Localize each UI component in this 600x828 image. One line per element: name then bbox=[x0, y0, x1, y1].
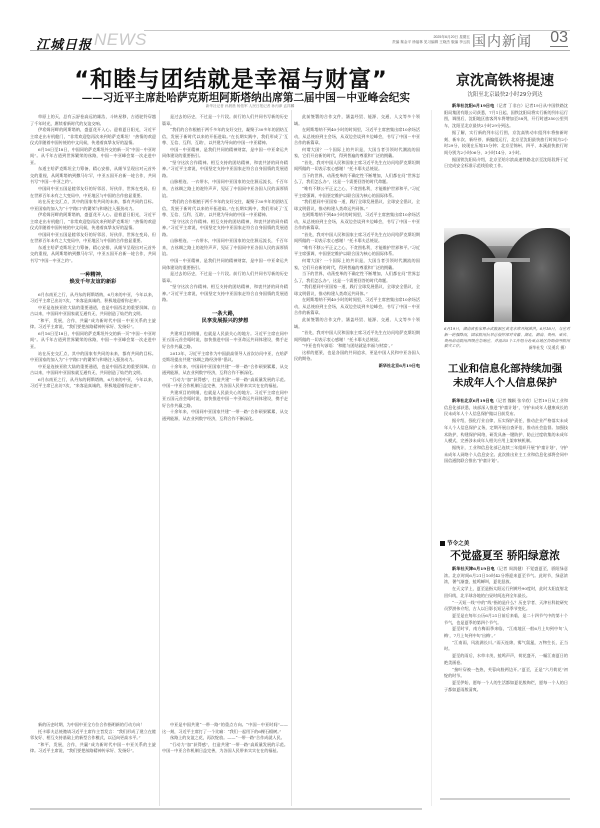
paragraph: “我们的合作根植于两千多年的友好交往，凝聚于30多年的团结互信，发展于新时代以来… bbox=[162, 127, 288, 147]
paragraph: 东道主哈萨克斯坦全力筹备，精心安排，从细节呈现出对元首外交的重视，从阿斯塔纳到撒… bbox=[30, 166, 156, 186]
side-story-1-body: 新华社沈阳6月19日电（记者 丁非白）记者19日从中国铁路沈阳局集团有限公司获悉… bbox=[444, 103, 568, 221]
bottom-rule bbox=[30, 808, 422, 810]
paragraph: 伊希姆河畔的阿斯塔纳，盛夏花开入心。迎着夏日阳光，习近平主席走出专机舱门，“非常… bbox=[30, 212, 156, 232]
dateline: 新华社沈阳6月19日电 bbox=[452, 103, 494, 108]
paragraph: 据国铁沈阳局介绍，北京至哈尔滨高速铁路北京至沈阳段将于近日完成安全标准示范线验收… bbox=[444, 157, 568, 170]
paragraph: “我们的合作根植于两千多年的友好交往，凝聚于30多年的团结互信，发展于新时代以来… bbox=[162, 199, 288, 219]
paragraph: “我们愿同中亚国家一道，践行全球发展倡议、全球安全倡议、全球文明倡议，推动构建人… bbox=[294, 284, 420, 297]
paragraph: 夏至伊始，愿每一个人的生活都如夏花般绚烂，愿每一个人的日子都如夏雨般清爽。 bbox=[444, 680, 568, 693]
editors-line: 责编 秦金平 徐福林 见习编辑 王晓杰 版编 李云凯 bbox=[392, 40, 470, 45]
edition-info: 2025年6月20日 星期五 责编 秦金平 徐福林 见习编辑 王晓杰 版编 李云… bbox=[392, 35, 470, 45]
title-line: 未成年人个人信息保护 bbox=[440, 376, 570, 390]
dateline: 新华社天津6月19日电 bbox=[452, 566, 495, 571]
column-divider bbox=[159, 110, 160, 806]
paragraph: 当下的世界，动荡变革的不确定性不断增加，人们都在问“世界怎么了，我们怎么办”，这… bbox=[294, 271, 420, 284]
reporters: （记者 丁非白） bbox=[494, 103, 525, 108]
paragraph: 在天文学上，夏至是指太阳运行到黄经90度时，此时太阳直射北回归线，北半球各地的白… bbox=[444, 586, 568, 599]
paragraph: 当下的世界，动荡变革的不确定性不断增加，人们都在问“世界怎么了，我们怎么办”，这… bbox=[294, 173, 420, 186]
section-subhead-1: 一种精神， 焕发千年友谊的新彩 bbox=[30, 272, 156, 287]
reporters: （记者 魏颖 张辛欣） bbox=[494, 398, 534, 403]
paragraph: “坚守这次合作精神。相互支持的团结精神，和衷共济的同舟精神。”习近平主席说，中国… bbox=[162, 160, 288, 180]
paragraph: 新的历史时期，为中国中亚全方位合作指明新的行动方向！ bbox=[30, 722, 156, 729]
reporters: （记者 周润健） bbox=[495, 566, 526, 571]
side-story-1-subtitle: 沈阳至北京最快2小时29分到达 bbox=[440, 90, 570, 98]
paragraph: “唯有不移公平正义之心，不贪图私利，才能维护世界和平。”习近平主席强调，中国坚定… bbox=[294, 245, 420, 258]
paragraph: 在阿斯塔纳不到40小时的时间里，习近平主席密集出席10余场活动，从总统府到主会场… bbox=[294, 127, 420, 147]
paragraph: 此前签署的合作文件，涵盖经贸、能源、交通、人文等多个领域。 bbox=[294, 114, 420, 127]
paragraph: “首先，我对中国人民和国家主席习近平先生在访问哈萨克斯坦期间所做的一切表示衷心感… bbox=[294, 232, 420, 245]
paragraph: “江南雨，风流满长川。”雨天连绵，雾气氤氲，万物生长，正当时。 bbox=[444, 640, 568, 653]
newspaper-logo: 江城日报 bbox=[36, 34, 92, 53]
paragraph: 中亚是连接亚欧大陆的重要通道，也是中国西北的重要屏障。自古以来，中国同中亚国家就… bbox=[30, 305, 156, 318]
paragraph: 十余年来，中国同中亚国家共建“一带一路”合作硕果累累，从交通到能源，从农业到数字… bbox=[162, 364, 288, 377]
paragraph: 6月东南亚之行，从丹东的阿斯塔纳，6月来的中亚，今年以来，习近平主席已出访7次，… bbox=[30, 292, 156, 305]
paragraph: 托卡耶夫总统邀请习近平主席作主旨发言：“我们形成了建立在睦邻友好、相互支持基础上… bbox=[30, 729, 156, 742]
lead-column-2: 是过去的历史，不过是一个片段。前行的人们共同书写新的历史篇章。 “我们的合作根植… bbox=[162, 114, 288, 718]
paragraph: “首先，我对中国人民和国家主席习近平先生在访问哈萨克斯坦期间所做的一切表示衷心感… bbox=[294, 330, 420, 343]
paragraph: “首先，我对中国人民和国家主席习近平先生在访问哈萨克斯坦期间所做的一切表示衷心感… bbox=[294, 160, 420, 173]
paragraph: 在阿斯塔纳不到40小时的时间里，习近平主席密集出席10余场活动，从总统府到主会场… bbox=[294, 297, 420, 317]
dateline: 新华社北京6月19日电 bbox=[452, 398, 494, 403]
paragraph: “我们愿同中亚国家一道，践行全球发展倡议、全球安全倡议、全球文明倡议，推动构建人… bbox=[294, 199, 420, 212]
paragraph: “一天短一线”中的“线”指的是什么？历史学者、天津社科院研究员罗澍伟介绍，古人以… bbox=[444, 600, 568, 613]
paragraph: 中亚是连接亚欧大陆的重要通道，也是中国西北的重要屏障。自古以来，中国同中亚国家就… bbox=[30, 364, 156, 377]
side-story-2-title: 工业和信息化部持续加强 未成年人个人信息保护 bbox=[440, 362, 570, 390]
paragraph: “接叶穿被一色热，芙蓉向脸两边开。”夏至，正是“六月荷花”初绽的时节。 bbox=[444, 667, 568, 680]
paragraph: 何谓大国？一个国际上的共识是，大国当者引领时代潮流的国家，它们开启新的时代，得到… bbox=[294, 147, 420, 160]
photo-credit: 新华社发（吴勇兵 摄） bbox=[444, 345, 568, 351]
paragraph: 2013年，习近平主席作为中国最高领导人首次访问中亚，在哈萨克斯坦提出共建“丝绸… bbox=[162, 351, 288, 364]
paragraph: 东道主哈萨克斯坦全力筹备，精心安排，从细节呈现出对元首外交的重视，从阿斯塔纳到撒… bbox=[30, 245, 156, 265]
lead-byline: 新华社记者 孙晨晨 杨依军 人民日报记者 孙丙津 孟祥麟 bbox=[150, 104, 350, 109]
paragraph: 丝路上的友谊之花，再次绽放。——“一带一路”合作成就人民。 bbox=[162, 735, 288, 742]
paragraph: 中国－中亚精神，是我们共同的精神财富，是中国－中亚命运共同体建设的重要指引。 bbox=[162, 258, 288, 271]
paragraph: 伊希姆河畔的阿斯塔纳，盛夏花开入心。迎着夏日阳光，习近平主席走出专机舱门，“非常… bbox=[30, 127, 156, 147]
lead-column-1: 草原上的天，总有云舒卷高远的雄浩，斗转星移，古道驼铃穿越了千年时光，赓续着新时代… bbox=[30, 114, 156, 718]
photo-waterfall bbox=[494, 262, 512, 322]
paragraph: 山脉相连、一衣带水，中国同中亚国家的交往源远流长，千百年来，古丝绸之路上的驼铃声… bbox=[162, 238, 288, 258]
square-bullet-icon bbox=[440, 541, 445, 546]
column-tag-label: 节令之美 bbox=[447, 541, 469, 547]
paragraph: 这样的愿景，也是各国的共同追求，更是中国人民和中亚各国人民的期待。 bbox=[294, 350, 420, 363]
paragraph: “和平，发展，合作，共赢”成为新时代中国－中亚关系的主旋律。习近平主席说，“我们… bbox=[30, 742, 156, 755]
paragraph: “坚守这次合作精神。相互支持的团结精神，和衷共济的同舟精神。”习近平主席说，中国… bbox=[162, 284, 288, 304]
paragraph: 草原上的天，总有云舒卷高远的雄浩，斗转星移，古道驼铃穿越了千年时光，赓续着新时代… bbox=[30, 114, 156, 127]
paragraph: 共建项目的明细，也就是人民最关心的地方。习近平主席在同中亚五国元首会晤时说，加快… bbox=[162, 390, 288, 410]
paragraph: 十余年来，中国同中亚国家共建“一带一路”合作硕果累累，从交通到能源，从农业到数字… bbox=[162, 409, 288, 422]
paragraph: 6月16日至18日，中国同哈萨克斯坦外交的新一页“中国－中亚时间”。从千年古道到… bbox=[30, 331, 156, 351]
paragraph: 中国同中亚五国是睦邻友好的好邻居、好伙伴，世界在变局，但在世界百年未有之大变局中… bbox=[30, 186, 156, 199]
paragraph: 中亚是中国共建“一带一路”的重点方向。“中国－中亚时间”——这一刻，习近平主席打… bbox=[162, 722, 288, 735]
paragraph: 中国同中亚五国是睦邻友好的好邻居、好伙伴，世界在变局，但在世界百年未有之大变局中… bbox=[30, 232, 156, 245]
paragraph: “和平，发展，合作，共赢”成为新时代中国－中亚关系的主旋律。习近平主席说，“我们… bbox=[30, 318, 156, 331]
title-line: 工业和信息化部持续加强 bbox=[440, 362, 570, 376]
side-story-1-title: 京沈高铁将提速 bbox=[440, 70, 570, 90]
paragraph: 站在历史交汇点，其中的国家有共同的未来，都有共同的目标。中亚国家的加入为“十字路… bbox=[30, 351, 156, 364]
paragraph: 何谓大国？一个国际上的共识是，大国当者引领时代潮流的国家，它们开启新的时代，得到… bbox=[294, 258, 420, 271]
paragraph: 山脉相连、一衣带水，中国同中亚国家的交往源远流长，千百年来，古丝绸之路上的驼铃声… bbox=[162, 179, 288, 199]
subhead-line: 一种精神， bbox=[30, 272, 156, 280]
paragraph: 据统计，工业和信息化部已连续三年组织开展“护童计划”，守护未成年人网络个人信息安… bbox=[444, 445, 568, 465]
paragraph: 站在历史交汇点，其中的国家有共同的未来，都有共同的目标。中亚国家的加入为“十字路… bbox=[30, 199, 156, 212]
side-story-3-body: 新华社天津6月19日电（记者 周润健）不觉盛夏至，骄阳绿意浓。北京时间6月21日… bbox=[444, 566, 568, 794]
paragraph: “行动力”加“获得感”，打造共建“一带一路”高质量发展的示范。中国－中亚合作机制… bbox=[162, 377, 288, 390]
section-name: 国内新闻 bbox=[472, 31, 532, 51]
paragraph: “行动力”加“获得感”，打造共建“一带一路”高质量发展的示范。中国－中亚合作机制… bbox=[162, 742, 288, 755]
paragraph: 6月16日至18日，中国同哈萨克斯坦外交的新一页“中国－中亚时间”。从千年古道到… bbox=[30, 147, 156, 167]
page-number: 03 bbox=[550, 29, 568, 47]
logo-news-wordmark: NEWS bbox=[94, 30, 147, 50]
subhead-line: 焕发千年友谊的新彩 bbox=[30, 279, 156, 287]
waterfall-photo bbox=[444, 228, 570, 322]
paragraph: 共建项目的明细，也就是人民最关心的地方。习近平主席在同中亚五国元首会晤时说，加快… bbox=[162, 331, 288, 351]
paragraph: 夏至的雨后，水草丰茂，蛙鸣声声，荷花盛开，一幅江南夏日的绝美画卷。 bbox=[444, 653, 568, 666]
paragraph: 是过去的历史，不过是一个片段。前行的人们共同书写新的历史篇章。 bbox=[162, 114, 288, 127]
paragraph: 此前签署的合作文件，涵盖经贸、能源、交通、人文等多个领域。 bbox=[294, 317, 420, 330]
lead-column-3: 此前签署的合作文件，涵盖经贸、能源、交通、人文等多个领域。 在阿斯塔纳不到40小… bbox=[294, 114, 420, 806]
lead-column-2-bottom: 中亚是中国共建“一带一路”的重点方向。“中国－中亚时间”——这一刻，习近平主席打… bbox=[162, 722, 288, 806]
paragraph: 夏至时节，南方梅雨季来临，“江南地区一般6月上旬到中旬‘入梅’，7月上旬到中旬‘… bbox=[444, 626, 568, 639]
lead-column-1-bottom: 新的历史时期，为中国中亚全方位合作指明新的行动方向！ 托卡耶夫总统邀请习近平主席… bbox=[30, 722, 156, 806]
paragraph: 是过去的历史，不过是一个片段。前行的人们共同书写新的历史篇章。 bbox=[162, 271, 288, 284]
paragraph: 6月东南亚之行，从丹东的阿斯塔纳，6月来的中亚，今年以来，习近平主席已出访7次，… bbox=[30, 377, 156, 390]
lead-signoff: 新华社北京6月19日电 bbox=[294, 363, 420, 370]
section-subhead-2: 一条大路， 民享发展振兴的梦想 bbox=[162, 311, 288, 326]
side-story-3-title: 不觉盛夏至 骄阳绿意浓 bbox=[440, 548, 570, 563]
paragraph: 据介绍，强化行业自律，压实保护责任，推动企业严格落实未成年人个人信息保护义务，定… bbox=[444, 418, 568, 445]
paragraph: 据了解，实行新的列车运行图，京沈高铁动车组列车将按新时刻、新车次、新经停、新编组… bbox=[444, 130, 568, 157]
column-divider bbox=[431, 110, 432, 806]
paragraph: “唯有不移公平正义之心，不贪图私利，才能维护世界和平。”习近平主席强调，中国坚定… bbox=[294, 186, 420, 199]
subhead-line: 民享发展振兴的梦想 bbox=[162, 318, 288, 326]
column-tag: 节令之美 bbox=[440, 539, 469, 547]
side-bottom-rule bbox=[440, 798, 570, 800]
paragraph: “坚守这次合作精神。相互支持的团结精神，和衷共济的同舟精神。”习近平主席说，中国… bbox=[162, 219, 288, 239]
paragraph: 夏至是在每年公历6月21日前后来临，是二十四节气中的第十个节气，也是夏季的第四个… bbox=[444, 613, 568, 626]
paragraph: 中国－中亚精神，是我们共同的精神财富，是中国－中亚命运共同体建设的重要指引。 bbox=[162, 147, 288, 160]
column-divider bbox=[291, 110, 292, 806]
paragraph: 在阿斯塔纳不到40小时的时间里，习近平主席密集出席10余场活动，从总统府到主会场… bbox=[294, 212, 420, 232]
lead-subheadline: ——习近平主席赴哈萨克斯坦阿斯塔纳出席第二届中国－中亚峰会纪实 bbox=[60, 90, 410, 105]
masthead: 江城日报 NEWS 2025年6月20日 星期五 责编 秦金平 徐福林 见习编辑… bbox=[30, 28, 570, 52]
side-story-2-body: 新华社北京6月19日电（记者 魏颖 张辛欣）记者19日从工业和信息化部获悉，该部… bbox=[444, 398, 568, 524]
